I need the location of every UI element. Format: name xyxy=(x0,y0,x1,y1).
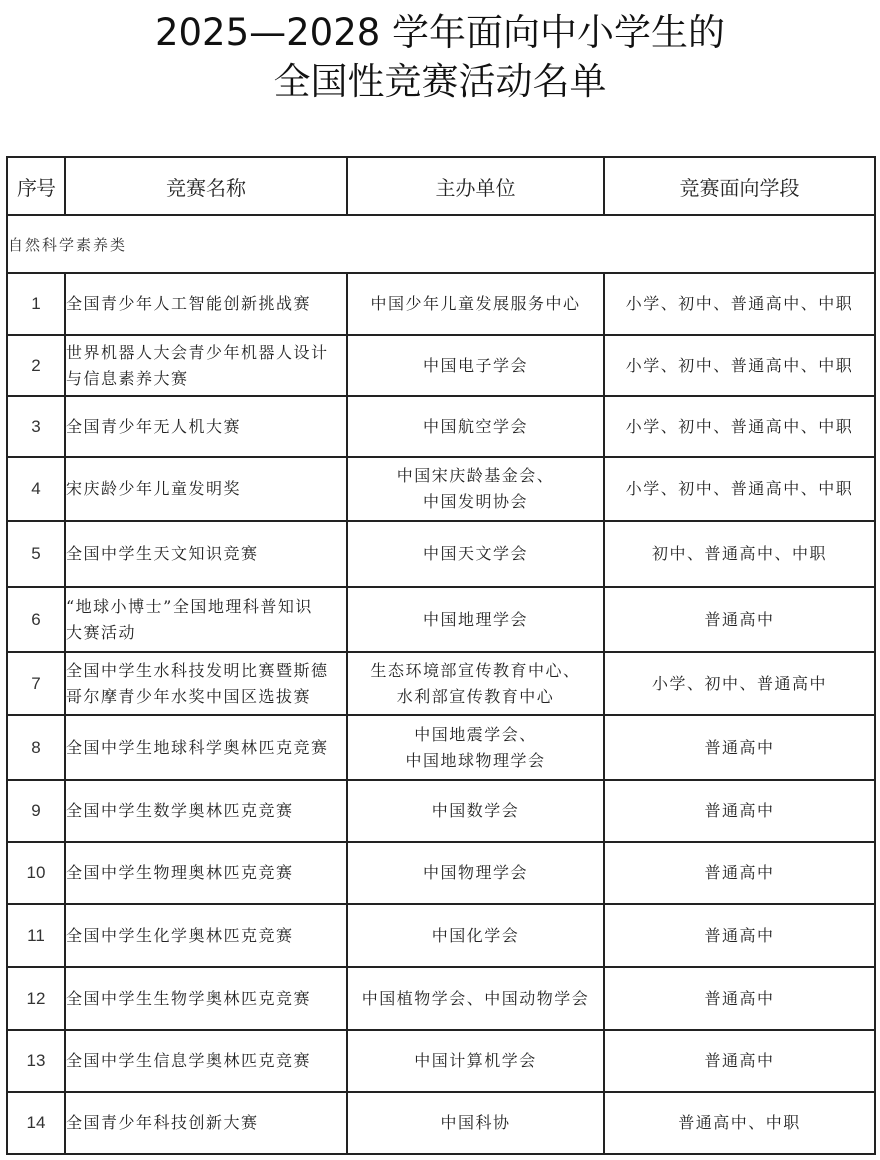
row-seq: 3 xyxy=(7,396,65,457)
competition-name-line: 全国中学生地球科学奥林匹克竞赛 xyxy=(66,735,346,761)
row-seq: 10 xyxy=(7,842,65,904)
row-organizer: 中国数学会 xyxy=(347,780,604,842)
row-school-stage: 普通高中 xyxy=(604,1030,875,1092)
organizer-line: 中国植物学会、中国动物学会 xyxy=(348,986,603,1012)
row-organizer: 中国地理学会 xyxy=(347,587,604,652)
organizer-line: 中国地理学会 xyxy=(348,607,603,633)
organizer-line: 中国电子学会 xyxy=(348,353,603,379)
row-organizer: 中国电子学会 xyxy=(347,335,604,396)
row-competition-name: 全国中学生化学奥林匹克竞赛 xyxy=(65,904,347,967)
organizer-line: 中国地震学会、 xyxy=(348,722,603,748)
competition-name-line: 世界机器人大会青少年机器人设计 xyxy=(66,340,346,366)
row-organizer: 中国化学会 xyxy=(347,904,604,967)
organizer-line: 中国宋庆龄基金会、 xyxy=(348,463,603,489)
row-organizer: 中国天文学会 xyxy=(347,521,604,587)
competition-name-line: 全国中学生生物学奥林匹克竞赛 xyxy=(66,986,346,1012)
row-organizer: 中国植物学会、中国动物学会 xyxy=(347,967,604,1030)
row-school-stage: 普通高中 xyxy=(604,967,875,1030)
row-seq: 13 xyxy=(7,1030,65,1092)
row-school-stage: 小学、初中、普通高中、中职 xyxy=(604,457,875,521)
competition-name-line: 全国青少年人工智能创新挑战赛 xyxy=(66,291,346,317)
row-organizer: 生态环境部宣传教育中心、水利部宣传教育中心 xyxy=(347,652,604,715)
competition-name-line: 哥尔摩青少年水奖中国区选拔赛 xyxy=(66,684,346,710)
competition-name-line: 与信息素养大赛 xyxy=(66,366,346,392)
row-competition-name: 全国中学生信息学奥林匹克竞赛 xyxy=(65,1030,347,1092)
table-row: 10全国中学生物理奥林匹克竞赛中国物理学会普通高中 xyxy=(7,842,875,904)
row-competition-name: 宋庆龄少年儿童发明奖 xyxy=(65,457,347,521)
header-stage: 竞赛面向学段 xyxy=(604,157,875,215)
organizer-line: 生态环境部宣传教育中心、 xyxy=(348,658,603,684)
organizer-line: 中国物理学会 xyxy=(348,860,603,886)
row-seq: 1 xyxy=(7,273,65,335)
row-school-stage: 初中、普通高中、中职 xyxy=(604,521,875,587)
row-seq: 6 xyxy=(7,587,65,652)
row-school-stage: 普通高中、中职 xyxy=(604,1092,875,1154)
row-school-stage: 小学、初中、普通高中 xyxy=(604,652,875,715)
row-school-stage: 普通高中 xyxy=(604,715,875,780)
table-row: 13全国中学生信息学奥林匹克竞赛中国计算机学会普通高中 xyxy=(7,1030,875,1092)
row-school-stage: 普通高中 xyxy=(604,842,875,904)
competition-name-line: 宋庆龄少年儿童发明奖 xyxy=(66,476,346,502)
row-seq: 7 xyxy=(7,652,65,715)
organizer-line: 中国科协 xyxy=(348,1110,603,1136)
row-competition-name: 全国青少年无人机大赛 xyxy=(65,396,347,457)
competition-list-table: 序号 竞赛名称 主办单位 竞赛面向学段 自然科学素养类 1全国青少年人工智能创新… xyxy=(6,156,876,1155)
table-row: 8全国中学生地球科学奥林匹克竞赛中国地震学会、中国地球物理学会普通高中 xyxy=(7,715,875,780)
row-competition-name: 全国青少年科技创新大赛 xyxy=(65,1092,347,1154)
row-competition-name: 世界机器人大会青少年机器人设计与信息素养大赛 xyxy=(65,335,347,396)
row-seq: 4 xyxy=(7,457,65,521)
row-seq: 9 xyxy=(7,780,65,842)
row-school-stage: 小学、初中、普通高中、中职 xyxy=(604,396,875,457)
competition-name-line: 全国青少年无人机大赛 xyxy=(66,414,346,440)
table-row: 7全国中学生水科技发明比赛暨斯德哥尔摩青少年水奖中国区选拔赛生态环境部宣传教育中… xyxy=(7,652,875,715)
competition-name-line: 全国中学生天文知识竞赛 xyxy=(66,541,346,567)
row-seq: 2 xyxy=(7,335,65,396)
row-competition-name: 全国中学生地球科学奥林匹克竞赛 xyxy=(65,715,347,780)
table-row: 12全国中学生生物学奥林匹克竞赛中国植物学会、中国动物学会普通高中 xyxy=(7,967,875,1030)
organizer-line: 中国化学会 xyxy=(348,923,603,949)
header-row: 序号 竞赛名称 主办单位 竞赛面向学段 xyxy=(7,157,875,215)
category-row: 自然科学素养类 xyxy=(7,215,875,273)
competition-name-line: 全国青少年科技创新大赛 xyxy=(66,1110,346,1136)
competition-name-line: 大赛活动 xyxy=(66,620,346,646)
table-row: 5全国中学生天文知识竞赛中国天文学会初中、普通高中、中职 xyxy=(7,521,875,587)
header-name: 竞赛名称 xyxy=(65,157,347,215)
row-organizer: 中国物理学会 xyxy=(347,842,604,904)
row-organizer: 中国宋庆龄基金会、中国发明协会 xyxy=(347,457,604,521)
row-seq: 12 xyxy=(7,967,65,1030)
table-row: 1全国青少年人工智能创新挑战赛中国少年儿童发展服务中心小学、初中、普通高中、中职 xyxy=(7,273,875,335)
row-competition-name: 全国青少年人工智能创新挑战赛 xyxy=(65,273,347,335)
row-seq: 11 xyxy=(7,904,65,967)
table-row: 4宋庆龄少年儿童发明奖中国宋庆龄基金会、中国发明协会小学、初中、普通高中、中职 xyxy=(7,457,875,521)
row-organizer: 中国地震学会、中国地球物理学会 xyxy=(347,715,604,780)
organizer-line: 中国少年儿童发展服务中心 xyxy=(348,291,603,317)
row-school-stage: 普通高中 xyxy=(604,780,875,842)
row-competition-name: “地球小博士”全国地理科普知识大赛活动 xyxy=(65,587,347,652)
table-row: 14全国青少年科技创新大赛中国科协普通高中、中职 xyxy=(7,1092,875,1154)
competition-name-line: 全国中学生化学奥林匹克竞赛 xyxy=(66,923,346,949)
category-label: 自然科学素养类 xyxy=(7,215,875,273)
organizer-line: 水利部宣传教育中心 xyxy=(348,684,603,710)
row-school-stage: 小学、初中、普通高中、中职 xyxy=(604,273,875,335)
organizer-line: 中国航空学会 xyxy=(348,414,603,440)
table-row: 11全国中学生化学奥林匹克竞赛中国化学会普通高中 xyxy=(7,904,875,967)
row-competition-name: 全国中学生天文知识竞赛 xyxy=(65,521,347,587)
row-competition-name: 全国中学生数学奥林匹克竞赛 xyxy=(65,780,347,842)
row-organizer: 中国科协 xyxy=(347,1092,604,1154)
row-seq: 8 xyxy=(7,715,65,780)
header-organizer: 主办单位 xyxy=(347,157,604,215)
document-title-line-1: 2025—2028 学年面向中小学生的 xyxy=(0,14,880,51)
document-title-line-2: 全国性竞赛活动名单 xyxy=(0,63,880,100)
table-row: 9全国中学生数学奥林匹克竞赛中国数学会普通高中 xyxy=(7,780,875,842)
row-competition-name: 全国中学生物理奥林匹克竞赛 xyxy=(65,842,347,904)
competition-name-line: 全国中学生物理奥林匹克竞赛 xyxy=(66,860,346,886)
table-row: 3全国青少年无人机大赛中国航空学会小学、初中、普通高中、中职 xyxy=(7,396,875,457)
row-seq: 5 xyxy=(7,521,65,587)
table-row: 6“地球小博士”全国地理科普知识大赛活动中国地理学会普通高中 xyxy=(7,587,875,652)
row-school-stage: 普通高中 xyxy=(604,904,875,967)
header-seq: 序号 xyxy=(7,157,65,215)
row-organizer: 中国计算机学会 xyxy=(347,1030,604,1092)
competition-name-line: “地球小博士”全国地理科普知识 xyxy=(66,594,346,620)
organizer-line: 中国地球物理学会 xyxy=(348,748,603,774)
competition-name-line: 全国中学生水科技发明比赛暨斯德 xyxy=(66,658,346,684)
table-row: 2世界机器人大会青少年机器人设计与信息素养大赛中国电子学会小学、初中、普通高中、… xyxy=(7,335,875,396)
competition-name-line: 全国中学生数学奥林匹克竞赛 xyxy=(66,798,346,824)
row-competition-name: 全国中学生水科技发明比赛暨斯德哥尔摩青少年水奖中国区选拔赛 xyxy=(65,652,347,715)
organizer-line: 中国计算机学会 xyxy=(348,1048,603,1074)
organizer-line: 中国数学会 xyxy=(348,798,603,824)
row-school-stage: 小学、初中、普通高中、中职 xyxy=(604,335,875,396)
row-organizer: 中国少年儿童发展服务中心 xyxy=(347,273,604,335)
row-competition-name: 全国中学生生物学奥林匹克竞赛 xyxy=(65,967,347,1030)
competition-name-line: 全国中学生信息学奥林匹克竞赛 xyxy=(66,1048,346,1074)
organizer-line: 中国天文学会 xyxy=(348,541,603,567)
row-organizer: 中国航空学会 xyxy=(347,396,604,457)
row-school-stage: 普通高中 xyxy=(604,587,875,652)
row-seq: 14 xyxy=(7,1092,65,1154)
organizer-line: 中国发明协会 xyxy=(348,489,603,515)
